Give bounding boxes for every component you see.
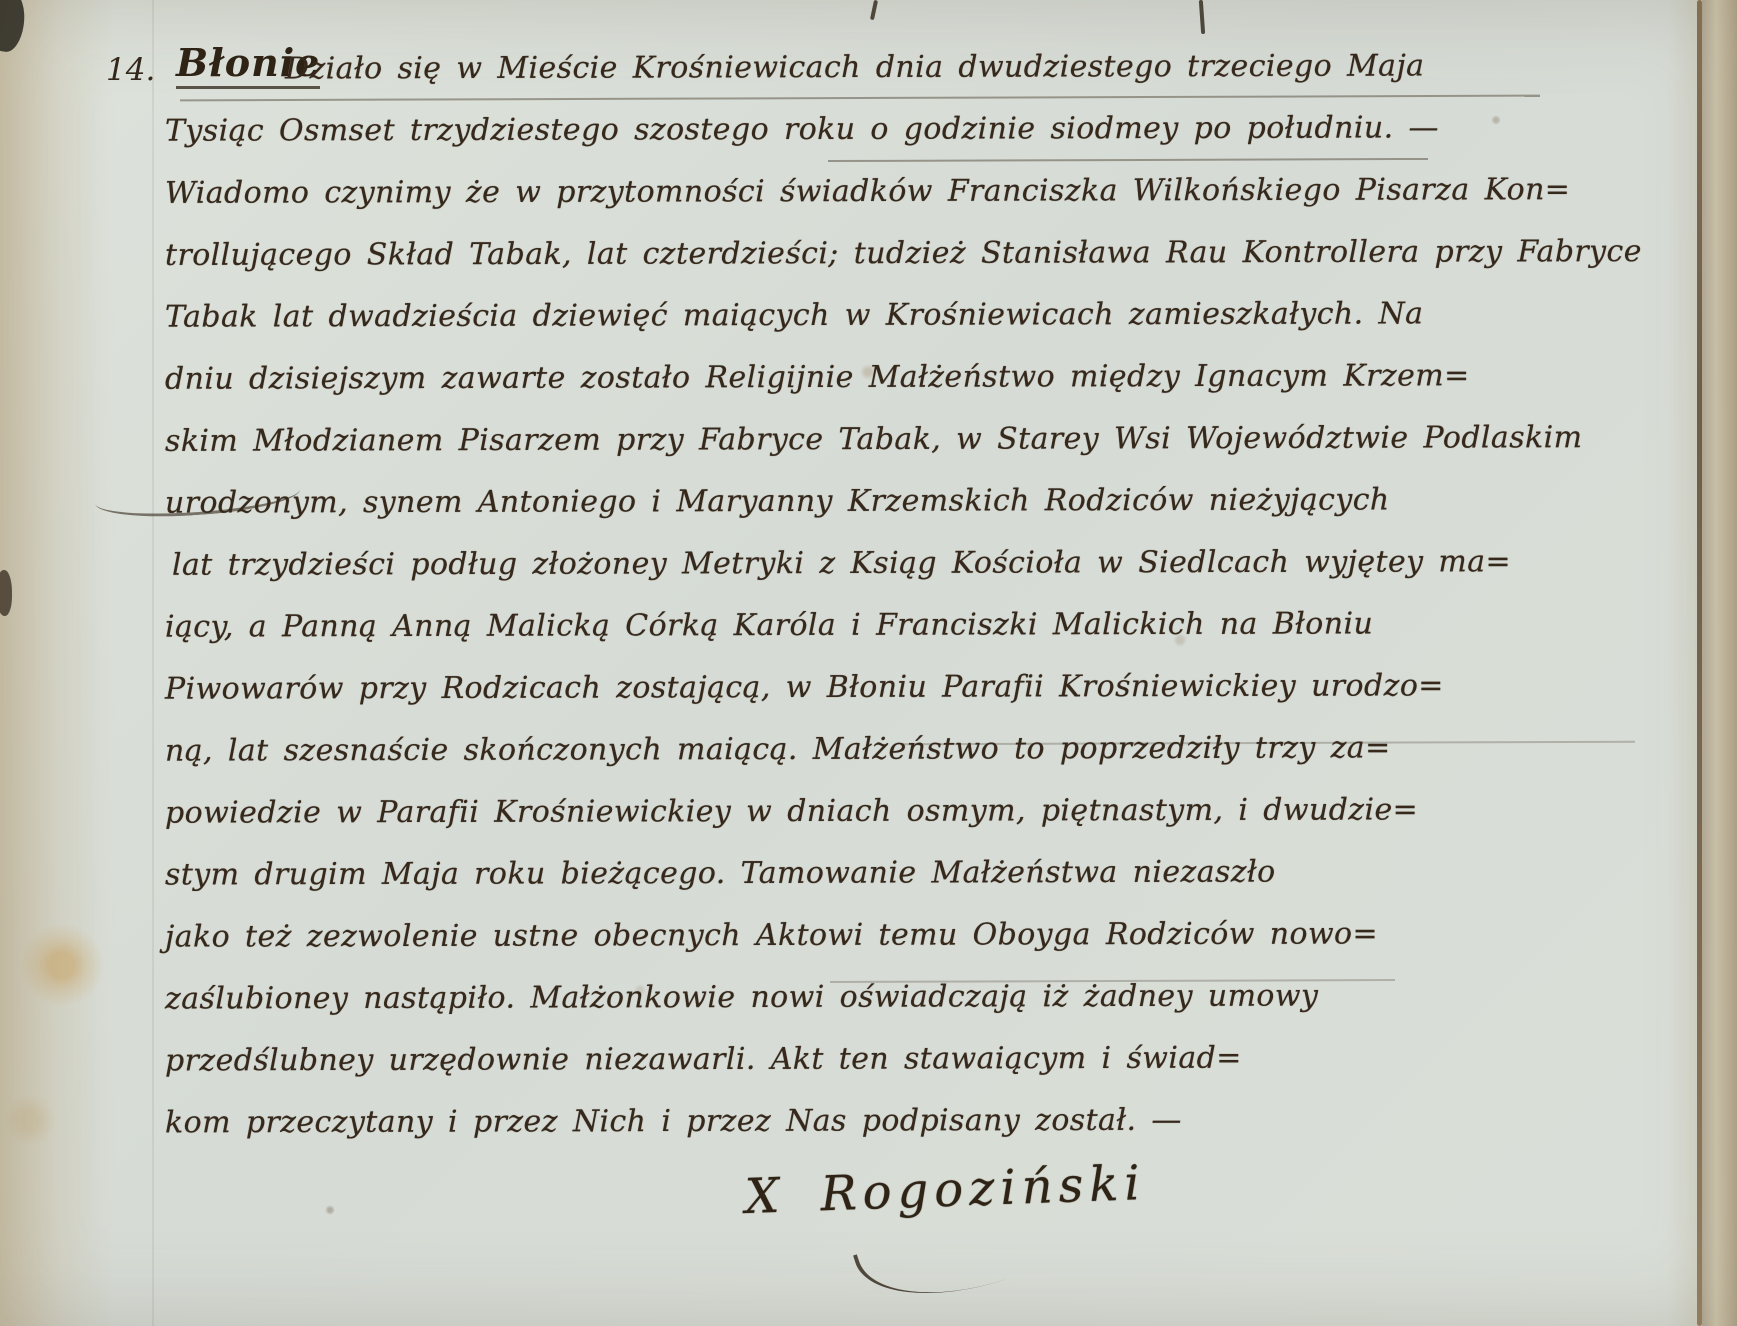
record-line: dniu dzisiejszym zawarte zostało Religij… [165, 358, 1470, 396]
record-line: przedślubney urzędownie niezawarli. Akt … [165, 1041, 1242, 1079]
record-line: Tabak lat dwadzieścia dziewięć maiących … [165, 296, 1423, 334]
previous-line-descender-mark [1199, 0, 1205, 34]
previous-line-descender-mark [870, 0, 878, 20]
record-line: Działo się w Mieście Krośniewicach dnia … [285, 49, 1425, 87]
underline-mark [180, 95, 1540, 102]
signature-flourish [853, 1208, 1021, 1322]
record-line: kom przeczytany i przez Nich i przez Nas… [165, 1103, 1182, 1141]
record-line: powiedzie w Parafii Krośniewickiey w dni… [165, 792, 1418, 830]
record-line: urodzonym, synem Antoniego i Maryanny Kr… [165, 482, 1390, 520]
page-edge-line [1697, 0, 1702, 1326]
record-line: Tysiąc Osmset trzydziestego szostego rok… [165, 110, 1439, 148]
record-line: Piwowarów przy Rodzicach zostającą, w Bł… [165, 668, 1444, 706]
record-line: lat trzydzieści podług złożoney Metryki … [172, 544, 1511, 583]
ink-smudge-left-edge [0, 570, 12, 616]
record-line: Wiadomo czynimy że w przytomności świadk… [165, 172, 1570, 211]
record-line: skim Młodzianem Pisarzem przy Fabryce Ta… [165, 420, 1583, 459]
record-line: jako też zezwolenie ustne obecnych Aktow… [165, 916, 1378, 954]
record-number: 14. [106, 52, 155, 88]
record-line: iący, a Panną Anną Malicką Córką Karóla … [165, 606, 1373, 644]
document-scan: 14. Błonie Działo się w Mieście Krośniew… [0, 0, 1737, 1326]
underline-mark [828, 158, 1428, 162]
page-edge-strip [1702, 0, 1737, 1326]
record-line: ną, lat szesnaście skończonych maiącą. M… [165, 730, 1391, 768]
ink-smudge-top-left [0, 0, 28, 54]
record-line: stym drugim Maja roku bieżącego. Tamowan… [165, 855, 1276, 893]
registrar-signature: X Rogoziński [744, 1155, 1146, 1225]
record-line: trollującego Skład Tabak, lat czterdzieś… [165, 234, 1642, 273]
record-line: zaślubioney nastąpiło. Małżonkowie nowi … [165, 978, 1318, 1016]
paper-fold-line [152, 0, 154, 1326]
